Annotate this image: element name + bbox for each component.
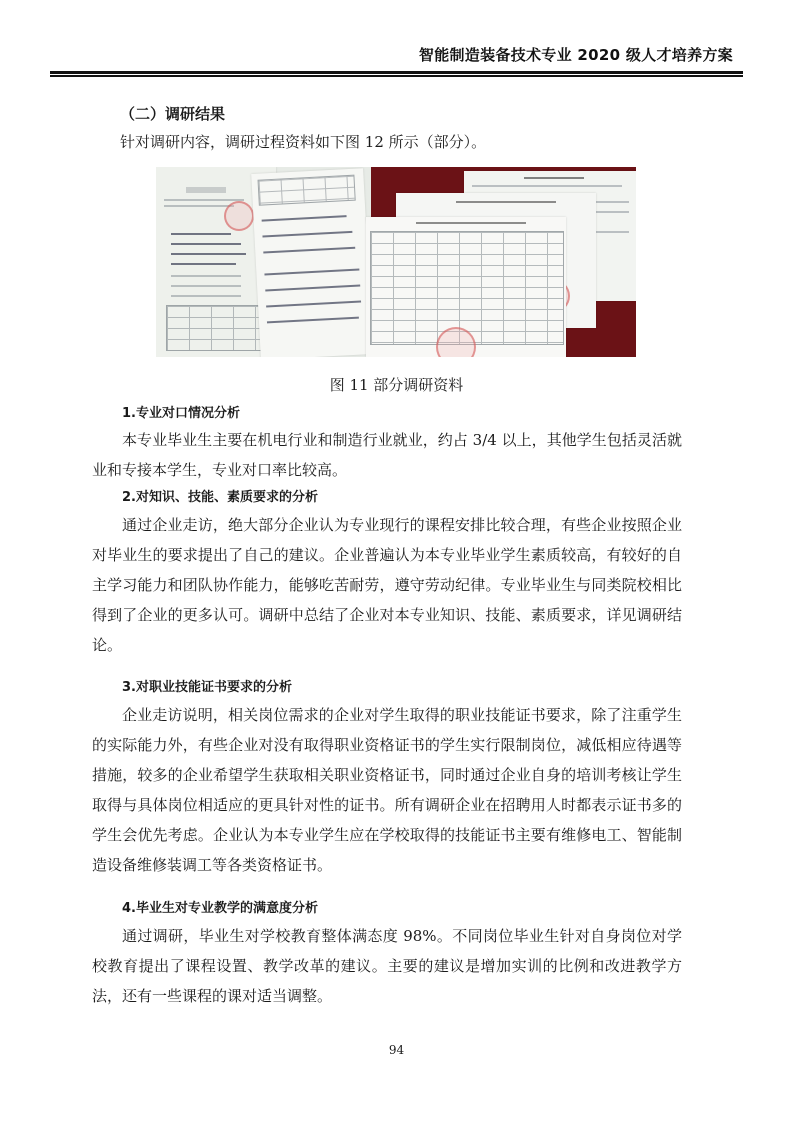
page-number: 94: [0, 1043, 793, 1057]
section-intro: 针对调研内容，调研过程资料如下图 12 所示（部分）。: [120, 127, 680, 157]
subsection-body-3: 企业走访说明，相关岗位需求的企业对学生取得的职业技能证书要求，除了注重学生的实际…: [92, 700, 682, 880]
subsection-heading-1: 1.专业对口情况分析: [122, 402, 240, 421]
subsection-heading-3: 3.对职业技能证书要求的分析: [122, 676, 292, 695]
header-divider: [50, 71, 743, 77]
survey-documents-photo: [156, 167, 636, 357]
document-title: 智能制造装备技术专业 2020 级人才培养方案: [419, 44, 733, 65]
subsection-body-1: 本专业毕业生主要在机电行业和制造行业就业，约占 3/4 以上，其他学生包括灵活就…: [92, 425, 682, 485]
subsection-body-4: 通过调研，毕业生对学校教育整体满态度 98%。不同岗位毕业生针对自身岗位对学校教…: [92, 921, 682, 1011]
section-heading: （二）调研结果: [120, 103, 225, 124]
subsection-heading-2: 2.对知识、技能、素质要求的分析: [122, 486, 318, 505]
subsection-body-2: 通过企业走访，绝大部分企业认为专业现行的课程安排比较合理，有些企业按照企业对毕业…: [92, 510, 682, 660]
figure-caption: 图 11 部分调研资料: [0, 374, 793, 395]
subsection-heading-4: 4.毕业生对专业教学的满意度分析: [122, 897, 318, 916]
